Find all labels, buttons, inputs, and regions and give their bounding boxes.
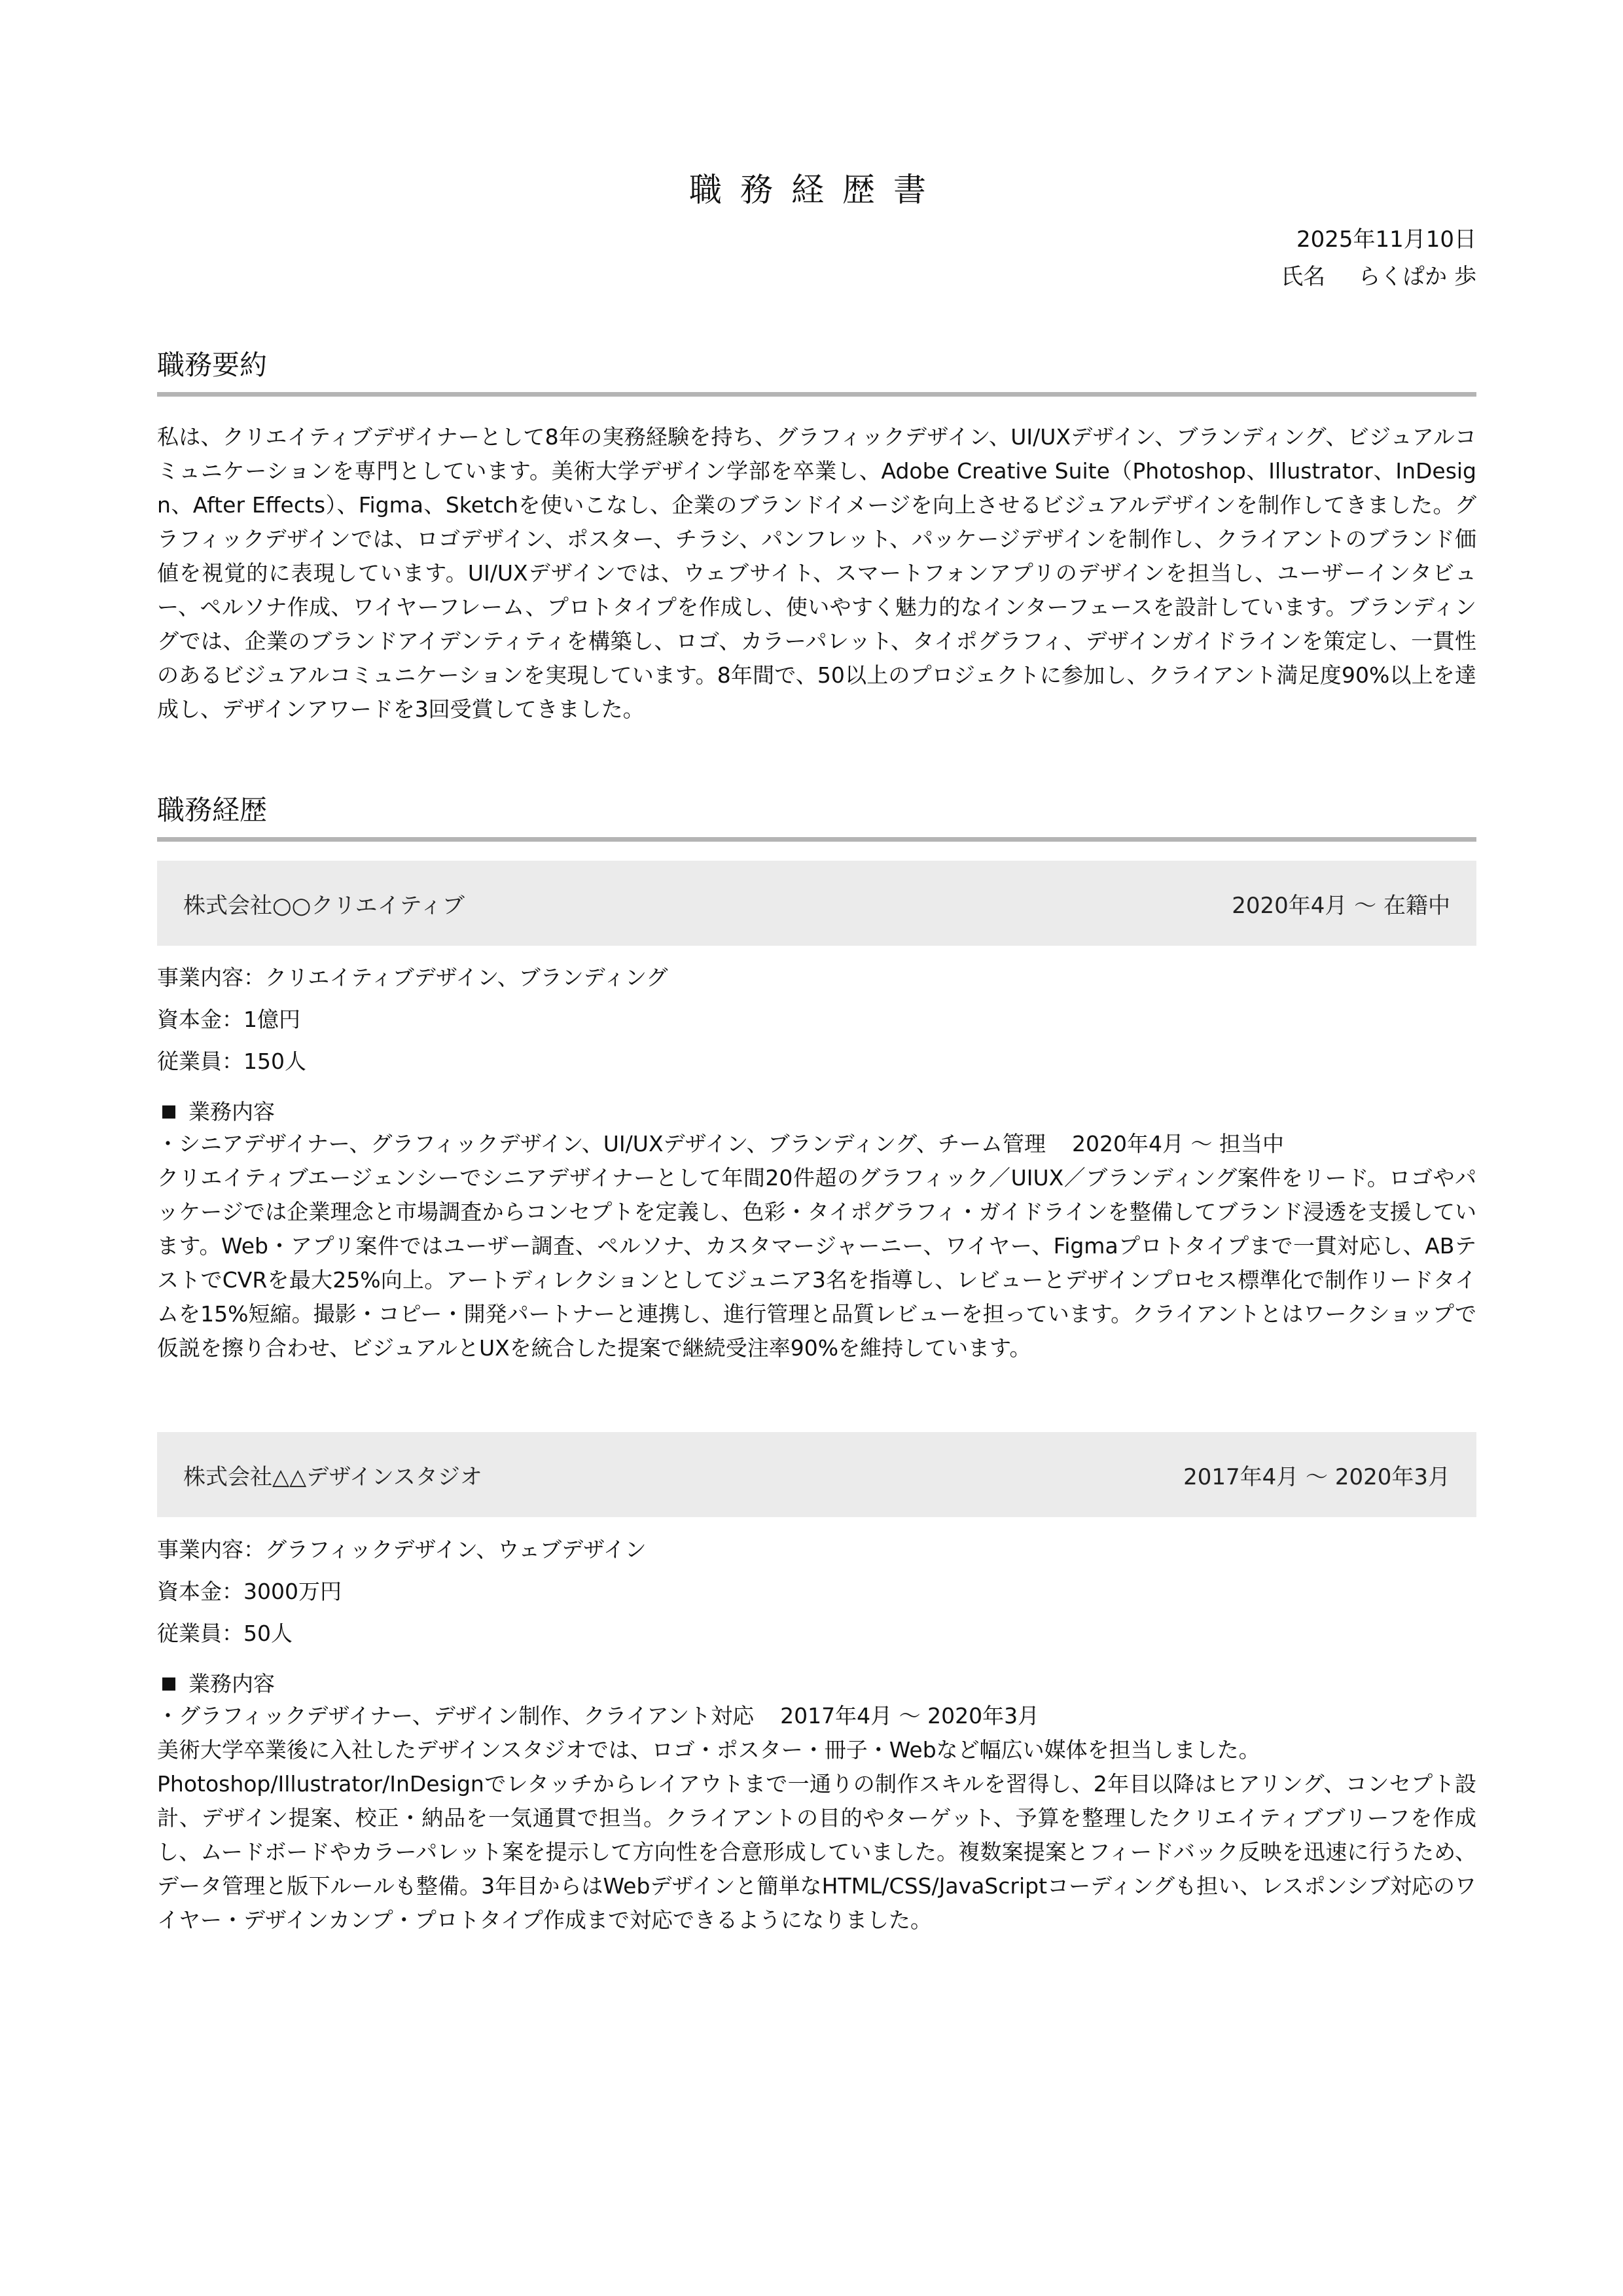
duties-label: 業務内容 xyxy=(157,1667,275,1698)
role-description: 美術大学卒業後に入社したデザインスタジオでは、ロゴ・ポスター・冊子・Webなど幅… xyxy=(157,1733,1476,1937)
company-business: 事業内容：グラフィックデザイン、ウェブデザイン xyxy=(157,1529,647,1571)
document-title: 職務経歴書 xyxy=(157,164,1476,211)
role-title: ・グラフィックデザイナー、デザイン制作、クライアント対応 xyxy=(157,1703,754,1729)
role-period: 2017年4月 〜 2020年3月 xyxy=(780,1703,1039,1729)
name-value: らくぱか 歩 xyxy=(1358,264,1476,290)
summary-text: 私は、クリエイティブデザイナーとして8年の実務経験を持ち、グラフィックデザイン、… xyxy=(157,420,1476,726)
company-employees: 従業員：50人 xyxy=(157,1613,647,1655)
company-name: 株式会社△△デザインスタジオ xyxy=(183,1459,482,1491)
applicant-name: 氏名らくぱか 歩 xyxy=(1281,259,1476,291)
document-date: 2025年11月10日 xyxy=(1296,221,1476,253)
company-period: 2017年4月 〜 2020年3月 xyxy=(1183,1459,1450,1491)
section-heading-history: 職務経歴 xyxy=(157,789,1476,842)
name-label: 氏名 xyxy=(1281,264,1325,290)
company-business: 事業内容：クリエイティブデザイン、ブランディング xyxy=(157,957,668,999)
section-heading-summary: 職務要約 xyxy=(157,344,1476,397)
role-title: ・シニアデザイナー、グラフィックデザイン、UI/UXデザイン、ブランディング、チ… xyxy=(157,1131,1046,1157)
role-period: 2020年4月 〜 担当中 xyxy=(1072,1131,1284,1157)
square-bullet-icon xyxy=(162,1105,175,1119)
square-bullet-icon xyxy=(162,1677,175,1691)
company-info: 事業内容：グラフィックデザイン、ウェブデザイン 資本金：3000万円 従業員：5… xyxy=(157,1529,647,1655)
company-name: 株式会社○○クリエイティブ xyxy=(183,888,465,920)
role-line: ・グラフィックデザイナー、デザイン制作、クライアント対応2017年4月 〜 20… xyxy=(157,1699,1476,1733)
company-capital: 資本金：1億円 xyxy=(157,999,668,1041)
company-info: 事業内容：クリエイティブデザイン、ブランディング 資本金：1億円 従業員：150… xyxy=(157,957,668,1083)
role-description: クリエイティブエージェンシーでシニアデザイナーとして年間20件超のグラフィック／… xyxy=(157,1161,1476,1365)
company-header: 株式会社○○クリエイティブ 2020年4月 〜 在籍中 xyxy=(157,861,1476,946)
company-employees: 従業員：150人 xyxy=(157,1041,668,1083)
duties-label: 業務内容 xyxy=(157,1095,275,1126)
company-capital: 資本金：3000万円 xyxy=(157,1571,647,1613)
company-period: 2020年4月 〜 在籍中 xyxy=(1232,888,1450,920)
role-description-lead: 美術大学卒業後に入社したデザインスタジオでは、ロゴ・ポスター・冊子・Webなど幅… xyxy=(157,1733,1476,1767)
role-description-body: Photoshop/Illustrator/InDesignでレタッチからレイア… xyxy=(157,1767,1476,1937)
role-line: ・シニアデザイナー、グラフィックデザイン、UI/UXデザイン、ブランディング、チ… xyxy=(157,1127,1476,1161)
company-header: 株式会社△△デザインスタジオ 2017年4月 〜 2020年3月 xyxy=(157,1432,1476,1517)
